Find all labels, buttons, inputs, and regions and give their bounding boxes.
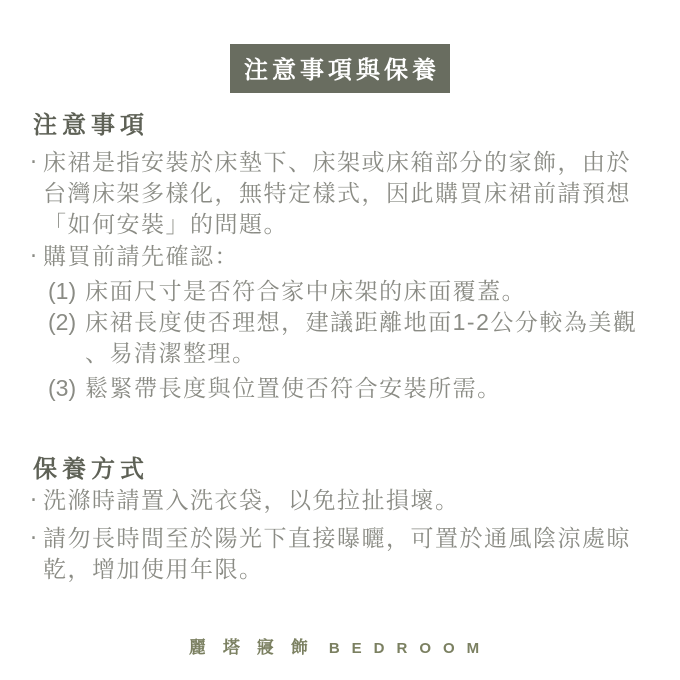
notice-section-heading: 注意事項 xyxy=(33,105,149,140)
checklist-item-2-line-1: (2)床裙長度使否理想，建議距離地面1-2公分較為美觀 xyxy=(48,307,637,338)
brand-name-english: BEDROOM xyxy=(329,640,491,657)
checklist-item-2-line-2: 、易清潔整理。 xyxy=(85,338,637,369)
care-bullet-2-line-2: 乾，增加使用年限。 xyxy=(43,554,631,585)
checklist-item-2: (2)床裙長度使否理想，建議距離地面1-2公分較為美觀 、易清潔整理。 xyxy=(48,307,637,369)
care-bullet-1-line-1: 洗滌時請置入洗衣袋，以免拉扯損壞。 xyxy=(43,485,460,516)
care-bullet-2: ‧ 請勿長時間至於陽光下直接曝曬，可置於通風陰涼處晾 乾，增加使用年限。 xyxy=(30,523,631,585)
notice-bullet-1-line-1: 床裙是指安裝於床墊下、床架或床箱部分的家飾，由於 xyxy=(43,147,631,178)
brand-name-chinese: 麗塔寢飾 xyxy=(189,638,325,657)
checklist-item-3-number: (3) xyxy=(48,375,76,401)
notice-bullet-2-line-1: 購買前請先確認： xyxy=(43,241,239,272)
page-title: 注意事項與保養 xyxy=(244,57,440,84)
checklist-item-3: (3)鬆緊帶長度與位置使否符合安裝所需。 xyxy=(48,373,502,404)
bullet-dot-icon: ‧ xyxy=(30,147,39,178)
bullet-dot-icon: ‧ xyxy=(30,523,39,554)
checklist-item-3-text: 鬆緊帶長度與位置使否符合安裝所需。 xyxy=(85,375,502,401)
notice-bullet-1-line-3: 「如何安裝」的問題。 xyxy=(43,209,631,240)
checklist-item-1-line: (1)床面尺寸是否符合家中床架的床面覆蓋。 xyxy=(48,276,526,307)
checklist-item-1: (1)床面尺寸是否符合家中床架的床面覆蓋。 xyxy=(48,276,526,307)
care-section-heading: 保養方式 xyxy=(33,449,149,484)
notice-bullet-2: ‧ 購買前請先確認： xyxy=(30,241,239,272)
checklist-item-2-text: 床裙長度使否理想，建議距離地面1-2公分較為美觀 xyxy=(85,309,637,335)
care-bullet-1: ‧ 洗滌時請置入洗衣袋，以免拉扯損壞。 xyxy=(30,485,460,516)
notice-bullet-1: ‧ 床裙是指安裝於床墊下、床架或床箱部分的家飾，由於 台灣床架多樣化，無特定樣式… xyxy=(30,147,631,240)
checklist-item-1-text: 床面尺寸是否符合家中床架的床面覆蓋。 xyxy=(85,278,526,304)
bullet-dot-icon: ‧ xyxy=(30,485,39,516)
checklist-item-3-line: (3)鬆緊帶長度與位置使否符合安裝所需。 xyxy=(48,373,502,404)
checklist-item-2-number: (2) xyxy=(48,309,76,335)
checklist-item-1-number: (1) xyxy=(48,278,76,304)
page-title-banner: 注意事項與保養 xyxy=(230,44,450,93)
bullet-dot-icon: ‧ xyxy=(30,241,39,272)
brand-footer: 麗塔寢飾BEDROOM xyxy=(0,633,680,658)
notice-bullet-1-line-2: 台灣床架多樣化，無特定樣式，因此購買床裙前請預想 xyxy=(43,178,631,209)
care-notice-page: 注意事項與保養 注意事項 ‧ 床裙是指安裝於床墊下、床架或床箱部分的家飾，由於 … xyxy=(0,0,680,680)
care-bullet-2-line-1: 請勿長時間至於陽光下直接曝曬，可置於通風陰涼處晾 xyxy=(43,523,631,554)
